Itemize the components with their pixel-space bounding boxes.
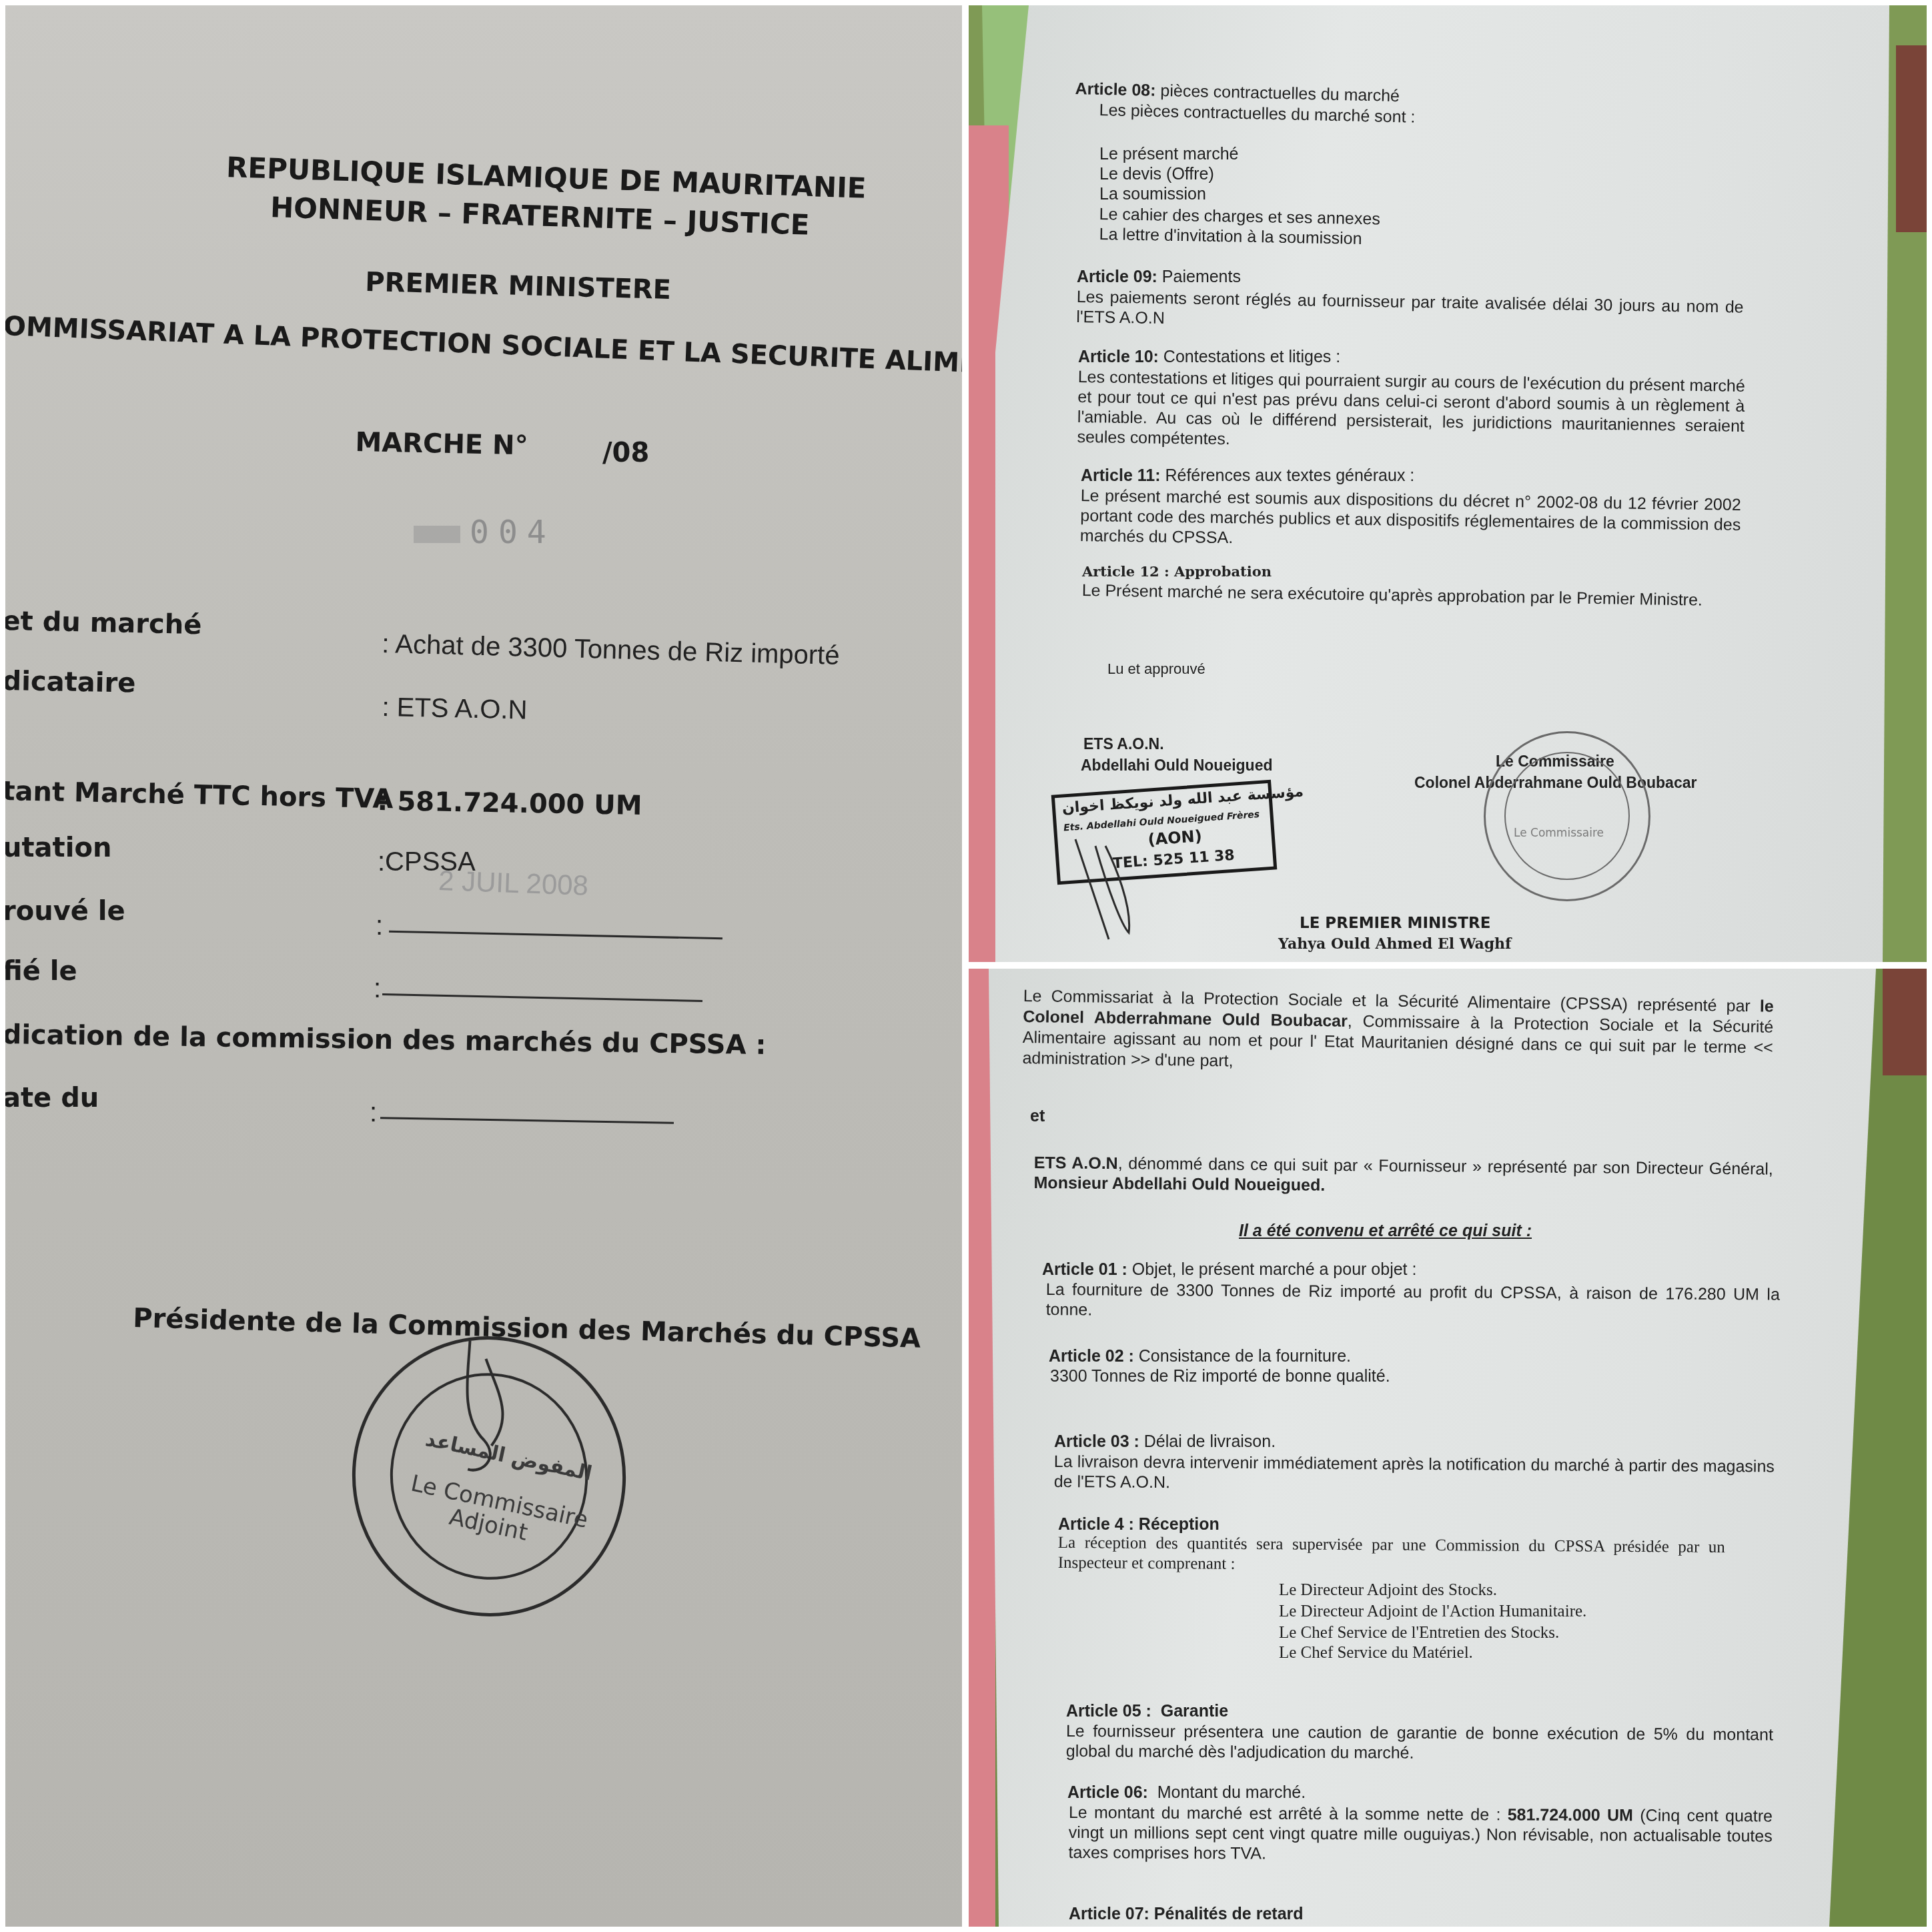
cover-page-photo: REPUBLIQUE ISLAMIQUE DE MAURITANIE HONNE… xyxy=(5,5,962,1927)
prime-minister-name: Yahya Ould Ahmed El Waghf xyxy=(1278,935,1512,953)
closing-page-photo: Article 08: pièces contractuelles du mar… xyxy=(969,5,1927,962)
date-blank-line xyxy=(380,1117,674,1124)
reception-member: Le Chef Service de l'Entretien des Stock… xyxy=(1279,1624,1559,1642)
intro-party-administration: Le Commissariat à la Protection Sociale … xyxy=(1022,986,1774,1079)
article-11-heading: Article 11: Références aux textes généra… xyxy=(1081,466,1414,486)
supplier-signature-icon xyxy=(1069,826,1149,946)
supplier-stamp-code: (AON) xyxy=(1147,827,1203,849)
conjunction-et: et xyxy=(1030,1106,1045,1126)
article-01-heading: Article 01 : Objet, le présent marché a … xyxy=(1042,1260,1416,1280)
field-label-notifie: fié le xyxy=(5,956,77,987)
article-03-text: La livraison devra intervenir immédiatem… xyxy=(1054,1452,1775,1497)
article-05-heading: Article 05 : Garantie xyxy=(1066,1701,1228,1721)
article-04-text: La réception des quantités sera supervis… xyxy=(1058,1533,1725,1578)
stamp-smudge-icon xyxy=(414,526,460,543)
article-04-heading: Article 4 : Réception xyxy=(1058,1514,1220,1534)
prime-minister-title: LE PREMIER MINISTRE xyxy=(1300,914,1490,932)
ministry-header: PREMIER MINISTERE xyxy=(365,267,672,306)
field-value-approuve: : xyxy=(376,911,383,941)
field-label-date: ate du xyxy=(5,1083,99,1113)
supplier-signature-line2: Abdellahi Ould Noueigued xyxy=(1081,755,1273,775)
field-value-notifie: : xyxy=(374,974,381,1004)
field-value-objet: : Achat de 3300 Tonnes de Riz importé xyxy=(382,629,840,671)
commissaire-round-stamp: Le Commissaire xyxy=(1484,731,1650,901)
stamped-number: 004 xyxy=(414,514,556,551)
article-06-text: Le montant du marché est arrêté à la som… xyxy=(1069,1803,1773,1867)
field-label-objet: et du marché xyxy=(5,606,202,640)
article-08-item: Le présent marché xyxy=(1099,144,1238,164)
article-09-heading: Article 09: Paiements xyxy=(1077,267,1241,287)
lu-et-approuve: Lu et approuvé xyxy=(1107,659,1205,679)
article-12-heading: Article 12 : Approbation xyxy=(1082,563,1272,580)
article-05-text: Le fournisseur présentera une caution de… xyxy=(1066,1721,1773,1765)
commission-line: dication de la commission des marchés du… xyxy=(5,1019,767,1061)
field-value-montant: : 581.724.000 UM xyxy=(377,786,642,821)
article-10-heading: Article 10: Contestations et litiges : xyxy=(1078,347,1340,367)
supplier-signature-line1: ETS A.O.N. xyxy=(1083,734,1164,754)
field-label-montant: tant Marché TTC hors TVA xyxy=(5,776,394,815)
article-06-heading: Article 06: Montant du marché. xyxy=(1067,1783,1306,1803)
marche-number-suffix: /08 xyxy=(602,438,649,468)
field-value-attributaire: : ETS A.O.N xyxy=(382,692,528,726)
opening-page-photo: Le Commissariat à la Protection Sociale … xyxy=(969,969,1927,1927)
article-03-heading: Article 03 : Délai de livraison. xyxy=(1054,1432,1276,1452)
article-01-text: La fourniture de 3300 Tonnes de Riz impo… xyxy=(1046,1280,1780,1325)
article-11-text: Le présent marché est soumis aux disposi… xyxy=(1080,486,1741,555)
marche-number-label: MARCHE N° xyxy=(355,427,528,461)
reception-member: Le Directeur Adjoint de l'Action Humanit… xyxy=(1279,1602,1586,1621)
article-08-item: La soumission xyxy=(1099,184,1206,204)
field-label-approuve: rouvé le xyxy=(5,896,125,927)
reception-member: Le Directeur Adjoint des Stocks. xyxy=(1279,1581,1497,1600)
agreement-heading: Il a été convenu et arrêté ce qui suit : xyxy=(1239,1221,1532,1241)
article-07-heading-partial: Article 07: Pénalités de retard xyxy=(1069,1904,1304,1924)
commissariat-header: OMMISSARIAT A LA PROTECTION SOCIALE ET L… xyxy=(5,311,962,381)
field-label-imputation: utation xyxy=(5,833,111,863)
approuve-blank-line xyxy=(389,931,722,939)
article-02-heading: Article 02 : Consistance de la fournitur… xyxy=(1049,1346,1351,1366)
field-value-date: : xyxy=(370,1098,377,1128)
commissaire-stamp-text: Le Commissaire xyxy=(1514,827,1604,840)
field-label-attributaire: dicataire xyxy=(5,666,136,698)
article-10-text: Les contestations et litiges qui pourrai… xyxy=(1077,367,1745,456)
article-08-item: Le devis (Offre) xyxy=(1099,164,1214,184)
commissaire-adjoint-stamp: Le Commissaire Adjoint المفوض المساعد xyxy=(334,1319,644,1634)
intro-party-supplier: ETS A.O.N, dénommé dans ce qui suit par … xyxy=(1033,1153,1773,1199)
notifie-blank-line xyxy=(382,993,702,1002)
reception-member: Le Chef Service du Matériel. xyxy=(1279,1644,1473,1662)
article-02-text: 3300 Tonnes de Riz importé de bonne qual… xyxy=(1050,1366,1390,1386)
date-stamp: 2 JUIL 2008 xyxy=(438,865,588,902)
